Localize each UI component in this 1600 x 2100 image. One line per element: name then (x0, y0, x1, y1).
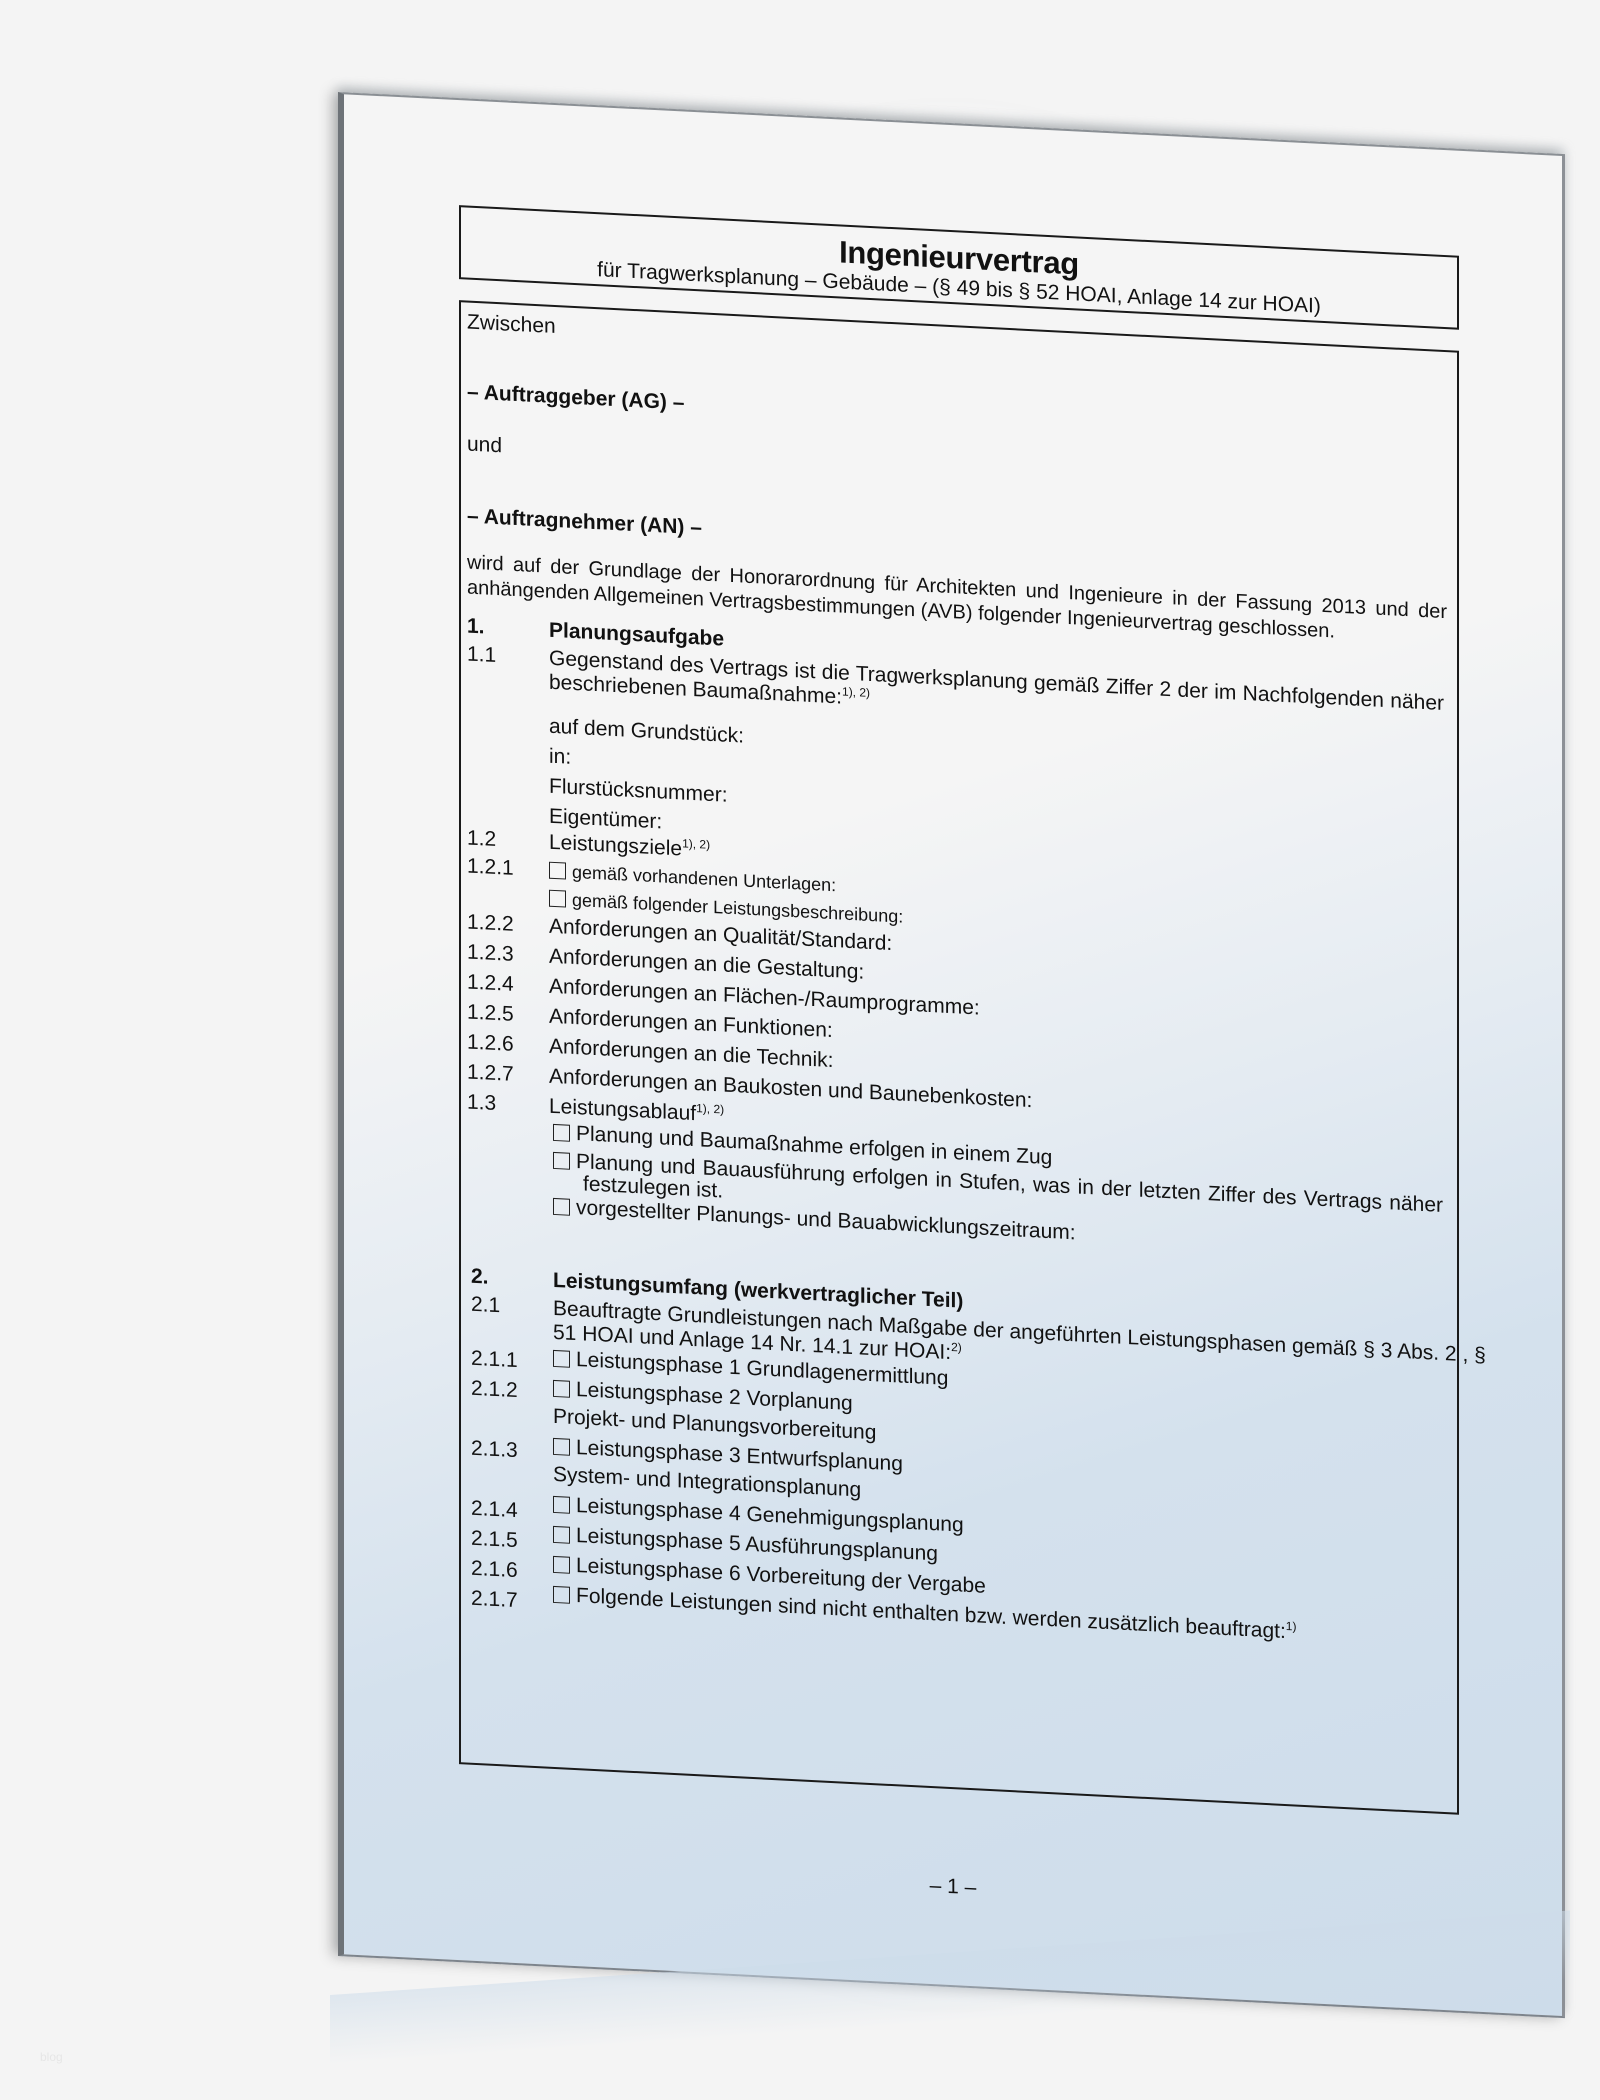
checkbox[interactable] (553, 1438, 570, 1456)
checkbox[interactable] (553, 1198, 570, 1216)
watermark: blog (40, 2050, 63, 2064)
checkbox[interactable] (549, 890, 566, 908)
option-zeitraum[interactable]: vorgestellter Planungs- und Bauabwicklun… (553, 1195, 1076, 1245)
s2-1-footnote: 2) (951, 1340, 962, 1355)
client-label: – Auftraggeber (AG) – (467, 381, 684, 416)
contract-body-box: Zwischen – Auftraggeber (AG) – und – Auf… (459, 300, 1459, 1815)
site-field-grundstueck: auf dem Grundstück: (549, 715, 744, 749)
s2-1-number: 2.1 (471, 1293, 500, 1318)
s1-2-text: Leistungsziele (549, 831, 682, 861)
s1-3-text: Leistungsablauf (549, 1095, 696, 1125)
checkbox[interactable] (553, 1350, 570, 1368)
checkbox[interactable] (553, 1124, 570, 1142)
section-2-number: 2. (471, 1265, 489, 1290)
site-field-eigentuemer: Eigentümer: (549, 805, 662, 835)
requirement-number: 1.2.6 (467, 1031, 514, 1057)
phase-7-footnote: 1) (1286, 1619, 1297, 1634)
phase-number: 2.1.1 (471, 1347, 518, 1373)
phase-number: 2.1.2 (471, 1377, 518, 1403)
s1-3-footnote: 1), 2) (696, 1101, 724, 1116)
section-1-number: 1. (467, 615, 485, 640)
and-label: und (467, 433, 502, 459)
checkbox[interactable] (553, 1526, 570, 1544)
checkbox[interactable] (553, 1496, 570, 1514)
phase-number: 2.1.4 (471, 1497, 518, 1523)
s1-2-heading: Leistungsziele1), 2) (549, 831, 710, 863)
section-1-heading: Planungsaufgabe (549, 619, 724, 652)
requirement-number: 1.2.3 (467, 941, 514, 967)
document-page: Ingenieurvertrag für Tragwerksplanung – … (338, 92, 1565, 2018)
site-field-in: in: (549, 745, 571, 770)
checkbox[interactable] (553, 1586, 570, 1604)
s1-2-number: 1.2 (467, 827, 496, 852)
s1-2-footnote: 1), 2) (682, 836, 710, 851)
s1-1-footnote: 1), 2) (842, 685, 870, 700)
between-label: Zwischen (467, 311, 556, 339)
checkbox[interactable] (553, 1380, 570, 1398)
requirement-number: 1.2.5 (467, 1001, 514, 1027)
checkbox[interactable] (553, 1152, 570, 1170)
option-label: vorgestellter Planungs- und Bauabwicklun… (576, 1196, 1076, 1244)
contractor-label: – Auftragnehmer (AN) – (467, 505, 702, 541)
s1-1-number: 1.1 (467, 643, 496, 668)
phase-number: 2.1.5 (471, 1527, 518, 1553)
checkbox[interactable] (553, 1556, 570, 1574)
s1-3-number: 1.3 (467, 1091, 496, 1116)
phase-number: 2.1.3 (471, 1437, 518, 1463)
requirement-number: 1.2.7 (467, 1061, 514, 1087)
checkbox[interactable] (549, 862, 566, 880)
s1-2-1-number: 1.2.1 (467, 855, 514, 881)
site-field-flurstueck: Flurstücksnummer: (549, 775, 728, 808)
phase-number: 2.1.7 (471, 1587, 518, 1613)
requirement-number: 1.2.4 (467, 971, 514, 997)
requirement-number: 1.2.2 (467, 911, 514, 937)
page-number: – 1 – (344, 1844, 1562, 1930)
phase-number: 2.1.6 (471, 1557, 518, 1583)
